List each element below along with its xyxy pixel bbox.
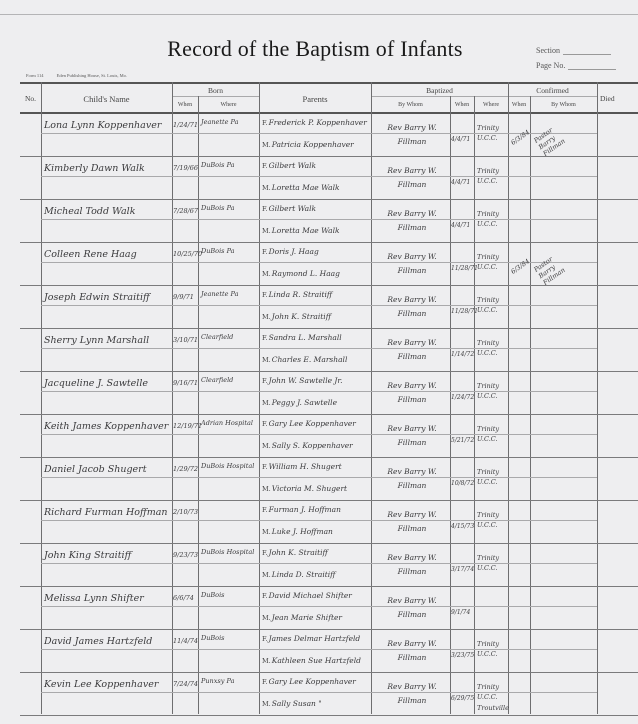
mother-value: Charles E. Marshall (272, 355, 348, 364)
baptized-when: 4/4/71 (451, 180, 470, 186)
baptized-by: Rev Barry W. Fillman (376, 465, 448, 494)
born-where: Clearfield (201, 334, 257, 341)
baptized-when: 9/1/74 (451, 610, 470, 616)
col-divider-bap-by (450, 96, 451, 714)
header-born-when: When (172, 102, 198, 108)
mother-name: M.Sally Susan " (262, 700, 322, 708)
born-where: DuBois (201, 635, 257, 642)
father-name: F.Sandra L. Marshall (262, 334, 342, 342)
col-divider-conf-by (597, 82, 598, 714)
mother-value: Victoria M. Shugert (272, 484, 347, 493)
father-prefix: F. (262, 119, 268, 127)
col-divider-bap-when (474, 96, 475, 714)
baptized-when: 11/28/71 (451, 309, 478, 315)
header-born: Born (172, 86, 259, 95)
child-name: Sherry Lynn Marshall (44, 336, 149, 346)
header-no: No. (20, 94, 41, 103)
child-name: Micheal Todd Walk (44, 207, 135, 217)
baptized-by: Rev Barry W. Fillman (376, 551, 448, 580)
born-when: 1/24/71 (173, 122, 198, 129)
father-prefix: F. (262, 635, 268, 643)
row-divider (20, 672, 638, 673)
baptized-where: Trinity U.C.C. (477, 467, 507, 488)
born-when: 9/9/71 (173, 294, 194, 301)
baptized-where: Trinity U.C.C. (477, 639, 507, 660)
father-name: F.William H. Shugert (262, 463, 342, 471)
child-name: Kimberly Dawn Walk (44, 164, 145, 174)
father-prefix: F. (262, 291, 268, 299)
header-died: Died (600, 94, 638, 103)
father-value: Sandra L. Marshall (269, 333, 342, 342)
mother-name: M.Loretta Mae Walk (262, 227, 340, 235)
father-value: John W. Sawtelle Jr. (269, 376, 343, 385)
mother-name: M.Loretta Mae Walk (262, 184, 340, 192)
father-name: F.Linda R. Straitiff (262, 291, 332, 299)
mother-name: M.Linda D. Straitiff (262, 571, 335, 579)
mother-name: M.Raymond L. Haag (262, 270, 340, 278)
child-name: Keith James Koppenhaver (44, 422, 168, 432)
header-confirmed-when: When (508, 102, 530, 108)
baptized-where: Trinity U.C.C. (477, 424, 507, 445)
father-name: F.David Michael Shifter (262, 592, 352, 600)
father-prefix: F. (262, 334, 268, 342)
mother-value: Sally S. Koppenhaver (272, 441, 353, 450)
born-when: 6/6/74 (173, 595, 194, 602)
mother-name: M.Patricia Koppenhaver (262, 141, 354, 149)
row-divider (20, 457, 638, 458)
mother-prefix: M. (262, 700, 271, 708)
father-prefix: F. (262, 248, 268, 256)
mother-prefix: M. (262, 571, 271, 579)
row-mid-rule (41, 606, 597, 607)
header-born-where: Where (198, 102, 259, 108)
mother-value: Loretta Mae Walk (272, 226, 340, 235)
row-mid-rule (41, 348, 597, 349)
born-when: 7/19/66 (173, 165, 198, 172)
born-when: 7/28/67 (173, 208, 198, 215)
father-name: F.Gilbert Walk (262, 162, 316, 170)
mother-value: Patricia Koppenhaver (272, 140, 354, 149)
baptized-by: Rev Barry W. Fillman (376, 293, 448, 322)
father-prefix: F. (262, 463, 268, 471)
row-divider (20, 199, 638, 200)
born-when: 7/24/74 (173, 681, 198, 688)
baptized-when: 10/8/72 (451, 481, 474, 487)
child-name: David James Hartzfeld (44, 637, 152, 647)
father-prefix: F. (262, 377, 268, 385)
baptized-when: 11/28/71 (451, 266, 478, 272)
baptized-by: Rev Barry W. Fillman (376, 680, 448, 709)
mother-name: M.Charles E. Marshall (262, 356, 347, 364)
born-where: Jeanette Pa (201, 291, 257, 298)
born-where: Jeanette Pa (201, 119, 257, 126)
child-name: Richard Furman Hoffman (44, 508, 168, 518)
row-mid-rule (41, 133, 597, 134)
baptized-by: Rev Barry W. Fillman (376, 250, 448, 279)
row-mid-rule (41, 391, 597, 392)
mother-value: John K. Straitiff (272, 312, 331, 321)
born-where: DuBois Hospital (201, 463, 257, 470)
father-name: F.Gary Lee Koppenhaver (262, 420, 356, 428)
child-name: Colleen Rene Haag (44, 250, 137, 260)
header-confirmed: Confirmed (508, 86, 597, 95)
header-baptized-where: Where (474, 102, 508, 108)
baptized-by: Rev Barry W. Fillman (376, 508, 448, 537)
row-divider (20, 629, 638, 630)
baptized-by: Rev Barry W. Fillman (376, 336, 448, 365)
father-name: F.John W. Sawtelle Jr. (262, 377, 343, 385)
born-where: Punxsy Pa (201, 678, 257, 685)
baptized-where: Trinity U.C.C. (477, 381, 507, 402)
father-value: Linda R. Straitiff (269, 290, 333, 299)
baptized-where: Trinity U.C.C. (477, 510, 507, 531)
baptized-where: Trinity U.C.C. (477, 209, 507, 230)
child-name: Kevin Lee Koppenhaver (44, 680, 158, 690)
mother-prefix: M. (262, 356, 271, 364)
father-name: F.Gary Lee Koppenhaver (262, 678, 356, 686)
baptized-when: 6/29/75 (451, 696, 474, 702)
baptized-where: Trinity U.C.C. (477, 338, 507, 359)
baptized-when: 3/23/75 (451, 653, 474, 659)
mother-name: M.Peggy J. Sawtelle (262, 399, 337, 407)
baptized-when: 4/4/71 (451, 223, 470, 229)
baptized-when: 1/14/72 (451, 352, 474, 358)
mother-value: Jean Marie Shifter (272, 613, 342, 622)
row-mid-rule (41, 434, 597, 435)
father-prefix: F. (262, 506, 268, 514)
born-when: 9/16/71 (173, 380, 198, 387)
col-divider-born-when (198, 96, 199, 714)
born-where: DuBois (201, 592, 257, 599)
baptized-where: Trinity U.C.C. (477, 295, 507, 316)
mother-name: M.Luke J. Hoffman (262, 528, 333, 536)
mother-prefix: M. (262, 657, 271, 665)
mother-value: Kathleen Sue Hartzfeld (272, 656, 361, 665)
born-when: 10/25/70 (173, 251, 202, 258)
baptized-by: Rev Barry W. Fillman (376, 164, 448, 193)
mother-prefix: M. (262, 184, 271, 192)
born-where: DuBois Pa (201, 162, 257, 169)
baptized-where: Trinity U.C.C. (477, 166, 507, 187)
row-divider (20, 371, 638, 372)
col-divider-conf-when (530, 96, 531, 714)
baptized-by: Rev Barry W. Fillman (376, 379, 448, 408)
father-prefix: F. (262, 549, 268, 557)
child-name: Jacqueline J. Sawtelle (44, 379, 148, 389)
mother-prefix: M. (262, 141, 271, 149)
father-prefix: F. (262, 678, 268, 686)
row-divider (20, 715, 638, 716)
baptized-by: Rev Barry W. Fillman (376, 594, 448, 623)
born-where: Clearfield (201, 377, 257, 384)
table-header-bottom (20, 112, 638, 114)
row-mid-rule (41, 563, 597, 564)
born-when: 3/10/71 (173, 337, 198, 344)
born-where: DuBois Pa (201, 205, 257, 212)
father-name: F.James Delmar Hartzfeld (262, 635, 360, 643)
father-name: F.John K. Straitiff (262, 549, 328, 557)
father-name: F.Furman J. Hoffman (262, 506, 341, 514)
child-name: Daniel Jacob Shugert (44, 465, 147, 475)
father-name: F.Frederick P. Koppenhaver (262, 119, 367, 127)
mother-prefix: M. (262, 485, 271, 493)
mother-value: Raymond L. Haag (272, 269, 340, 278)
baptized-where: Trinity U.C.C. (477, 123, 507, 144)
baptized-confirmed-subheader-rule (371, 96, 597, 97)
row-mid-rule (41, 305, 597, 306)
born-when: 2/10/73 (173, 509, 198, 516)
mother-value: Linda D. Straitiff (272, 570, 336, 579)
father-value: Furman J. Hoffman (269, 505, 341, 514)
mother-prefix: M. (262, 399, 271, 407)
born-when: 9/23/73 (173, 552, 198, 559)
header-baptized-when: When (450, 102, 474, 108)
born-when: 11/4/74 (173, 638, 198, 645)
row-divider (20, 586, 638, 587)
father-name: F.Gilbert Walk (262, 205, 316, 213)
father-prefix: F. (262, 592, 268, 600)
table-top-border (20, 82, 638, 84)
baptized-when: 1/24/72 (451, 395, 474, 401)
mother-name: M.Victoria M. Shugert (262, 485, 347, 493)
header-parents: Parents (259, 94, 371, 104)
baptized-by: Rev Barry W. Fillman (376, 121, 448, 150)
mother-prefix: M. (262, 313, 271, 321)
father-value: Gilbert Walk (269, 161, 316, 170)
header-baptized: Baptized (371, 86, 508, 95)
father-value: Gary Lee Koppenhaver (269, 677, 356, 686)
row-mid-rule (41, 477, 597, 478)
child-name: Melissa Lynn Shifter (44, 594, 144, 604)
mother-name: M.Kathleen Sue Hartzfeld (262, 657, 361, 665)
mother-name: M.John K. Straitiff (262, 313, 331, 321)
row-mid-rule (41, 219, 597, 220)
born-subheader-rule (172, 96, 260, 97)
child-name: John King Straitiff (44, 551, 131, 561)
born-where: DuBois Pa (201, 248, 257, 255)
father-value: Doris J. Haag (269, 247, 319, 256)
child-name: Lona Lynn Koppenhaver (44, 121, 161, 131)
row-mid-rule (41, 176, 597, 177)
mother-value: Sally Susan " (272, 699, 322, 708)
father-value: Gilbert Walk (269, 204, 316, 213)
mother-prefix: M. (262, 614, 271, 622)
mother-prefix: M. (262, 442, 271, 450)
row-divider (20, 328, 638, 329)
row-mid-rule (41, 520, 597, 521)
born-when: 12/19/71 (173, 423, 202, 430)
father-prefix: F. (262, 205, 268, 213)
header-child-name: Child's Name (41, 94, 172, 104)
baptized-where: Trinity U.C.C. (477, 553, 507, 574)
born-when: 1/29/72 (173, 466, 198, 473)
mother-name: M.Sally S. Koppenhaver (262, 442, 353, 450)
mother-prefix: M. (262, 270, 271, 278)
baptized-where: Trinity U.C.C. (477, 252, 507, 273)
row-mid-rule (41, 692, 597, 693)
row-divider (20, 414, 638, 415)
baptized-where: Trinity U.C.C. Troutville (477, 682, 507, 713)
father-prefix: F. (262, 162, 268, 170)
mother-value: Peggy J. Sawtelle (272, 398, 337, 407)
mother-prefix: M. (262, 528, 271, 536)
header-confirmed-by: By Whom (530, 102, 597, 108)
father-value: David Michael Shifter (269, 591, 352, 600)
father-prefix: F. (262, 420, 268, 428)
baptized-when: 3/17/74 (451, 567, 474, 573)
baptized-by: Rev Barry W. Fillman (376, 207, 448, 236)
father-value: William H. Shugert (269, 462, 342, 471)
father-name: F.Doris J. Haag (262, 248, 319, 256)
row-divider (20, 242, 638, 243)
baptized-by: Rev Barry W. Fillman (376, 422, 448, 451)
row-mid-rule (41, 649, 597, 650)
baptized-by: Rev Barry W. Fillman (376, 637, 448, 666)
row-mid-rule (41, 262, 597, 263)
header-baptized-by: By Whom (371, 102, 450, 108)
mother-prefix: M. (262, 227, 271, 235)
born-where: DuBois Hospital (201, 549, 257, 556)
baptized-when: 5/21/72 (451, 438, 474, 444)
father-value: Gary Lee Koppenhaver (269, 419, 356, 428)
father-value: Frederick P. Koppenhaver (269, 118, 367, 127)
child-name: Joseph Edwin Straitiff (44, 293, 150, 303)
baptized-when: 4/4/71 (451, 137, 470, 143)
mother-value: Luke J. Hoffman (272, 527, 333, 536)
father-value: James Delmar Hartzfeld (269, 634, 361, 643)
row-divider (20, 500, 638, 501)
baptized-when: 4/15/73 (451, 524, 474, 530)
mother-value: Loretta Mae Walk (272, 183, 340, 192)
father-value: John K. Straitiff (269, 548, 328, 557)
row-divider (20, 543, 638, 544)
baptism-record-page: Record of the Baptism of Infants Section… (0, 0, 638, 724)
mother-name: M.Jean Marie Shifter (262, 614, 342, 622)
born-where: Adrian Hospital (201, 420, 257, 427)
